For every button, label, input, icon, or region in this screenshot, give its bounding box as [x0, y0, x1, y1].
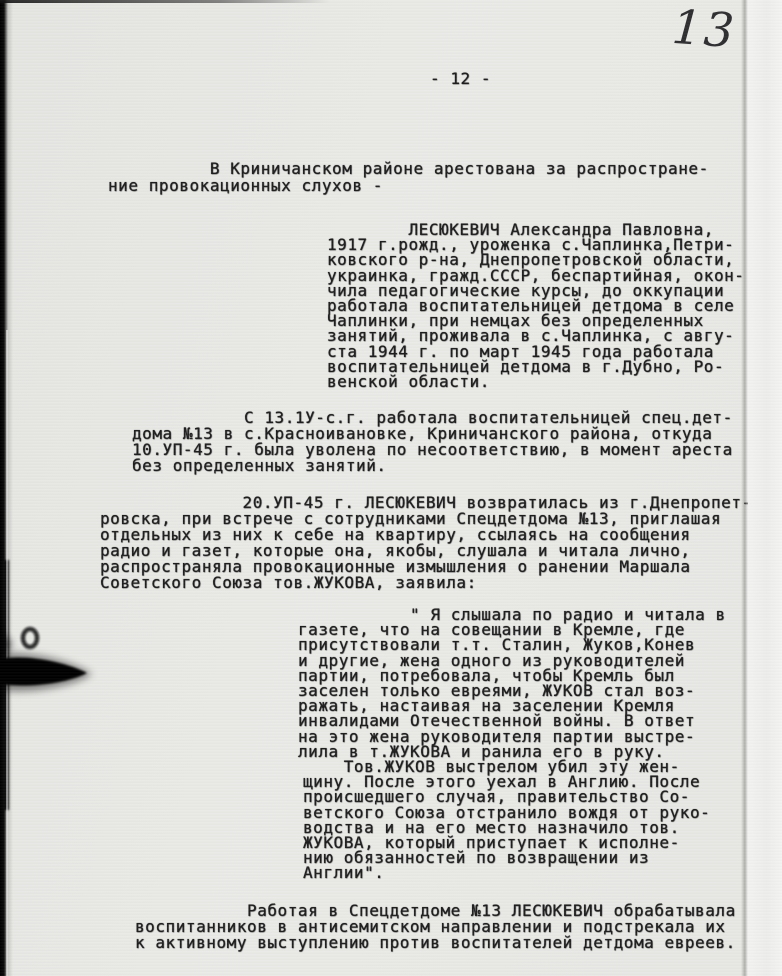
- paragraph-biography: ЛЕСЮКЕВИЧ Александра Павловна, 1917 г.ро…: [327, 222, 745, 389]
- document-scan: 13 - 12 - В Криничанском районе арестова…: [0, 0, 782, 976]
- quote-block-part-2: Тов.ЖУКОВ выстрелом убил эту жен- щину. …: [303, 759, 710, 881]
- paragraph-employment: С 13.1У-с.г. работала воспитательницей с…: [132, 410, 733, 474]
- page-number: - 12 -: [430, 70, 491, 88]
- paragraph-conclusion: Работая в Спецдетдоме №13 ЛЕСЮКЕВИЧ обра…: [135, 903, 736, 951]
- binder-clip-shadow: [0, 612, 110, 722]
- paragraph-accusation: 20.УП-45 г. ЛЕСЮКЕВИЧ возвратилась из г.…: [100, 495, 752, 591]
- handwritten-folio-number: 13: [670, 0, 737, 59]
- quote-block-part-1: " Я слышала по радио и читала в газете, …: [298, 607, 726, 759]
- adjacent-page-strip: [748, 0, 782, 976]
- top-scan-edge: [0, 0, 330, 3]
- paragraph-intro: В Криничанском районе арестована за расп…: [108, 160, 709, 194]
- page-crease: [741, 0, 748, 976]
